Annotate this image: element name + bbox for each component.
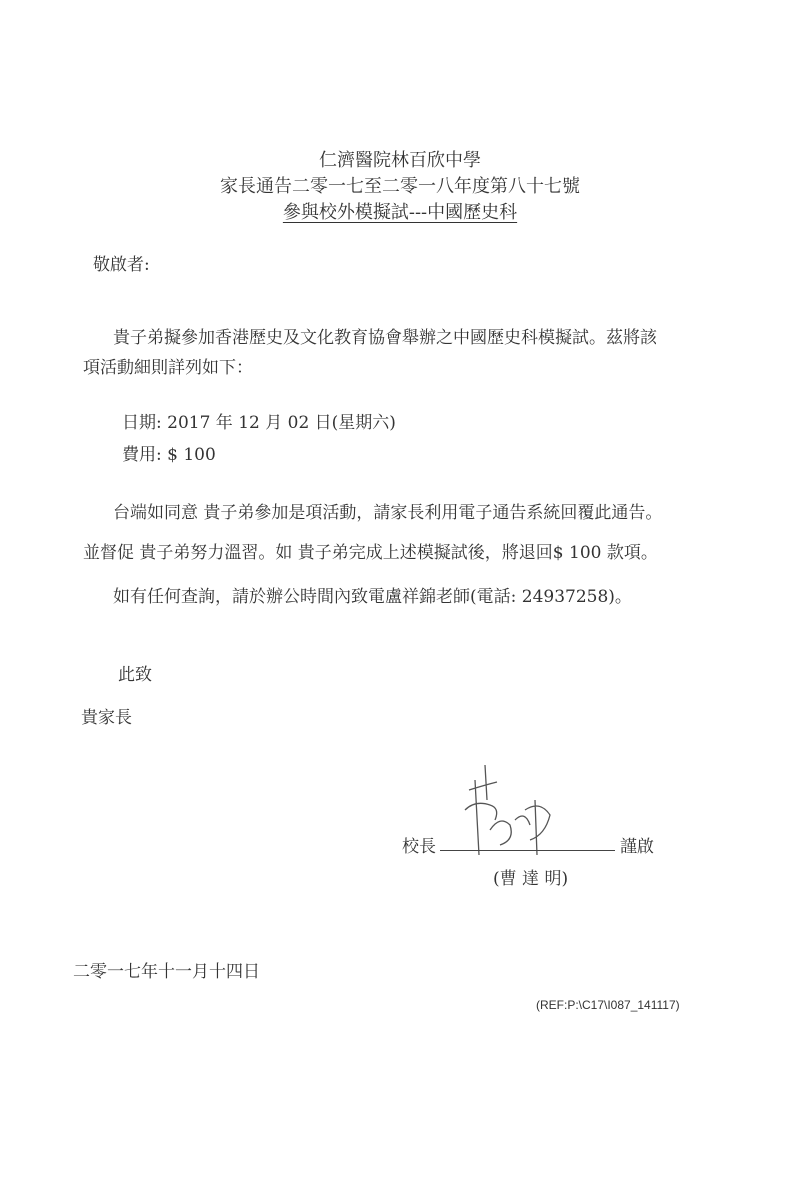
signature-suffix: 謹啟 xyxy=(620,832,654,857)
event-fee: 費用: $ 100 xyxy=(122,440,216,465)
para2-line1: 台端如同意 貴子弟參加是項活動，請家長利用電子通告系統回覆此通告。 xyxy=(113,498,662,523)
event-date: 日期: 2017 年 12 月 02 日(星期六) xyxy=(122,408,396,433)
notice-number: 家長通告二零一七至二零一八年度第八十七號 xyxy=(0,172,800,198)
subject-wrap: 參與校外模擬試---中國歷史科 xyxy=(0,198,800,224)
closing-phrase: 此致 xyxy=(118,660,152,685)
principal-title: 校長 xyxy=(402,832,436,857)
principal-name: (曹 達 明) xyxy=(493,864,568,889)
reference-code: (REF:P:\C17\I087_141117) xyxy=(536,998,680,1012)
para1-line2: 項活動細則詳列如下： xyxy=(83,353,253,378)
principal-signature-icon xyxy=(455,760,565,860)
issue-date: 二零一七年十一月十四日 xyxy=(73,957,260,982)
salutation: 敬啟者: xyxy=(93,250,150,275)
para1-line1: 貴子弟擬參加香港歷史及文化教育協會舉辦之中國歷史科模擬試。茲將該 xyxy=(113,323,657,348)
recipient: 貴家長 xyxy=(81,703,132,728)
notice-subject: 參與校外模擬試---中國歷史科 xyxy=(283,202,517,223)
signature-line xyxy=(440,850,615,851)
school-name: 仁濟醫院林百欣中學 xyxy=(0,146,800,172)
para2-line2: 並督促 貴子弟努力溫習。如 貴子弟完成上述模擬試後，將退回$ 100 款項。 xyxy=(83,538,658,563)
enquiry-paragraph: 如有任何查詢，請於辦公時間內致電盧祥錦老師(電話: 24937258)。 xyxy=(113,582,632,607)
